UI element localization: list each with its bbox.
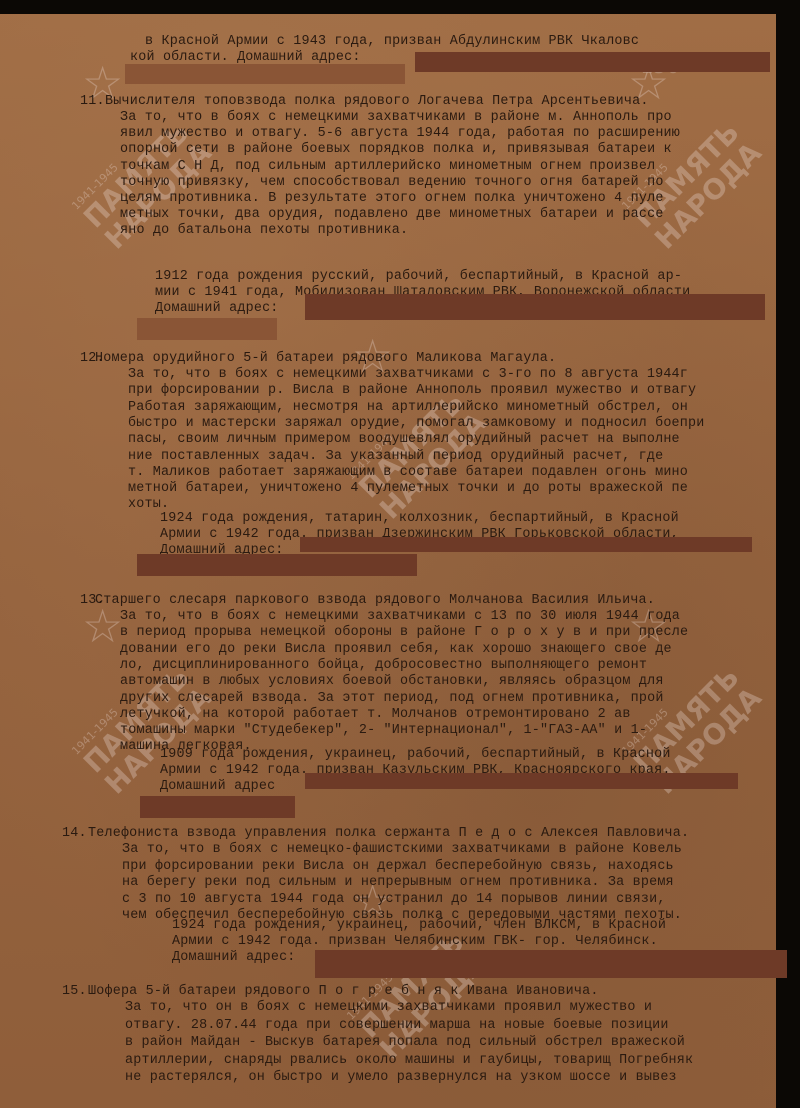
entry-body-line: пасы, своим личным примером воодушевлял … xyxy=(128,432,680,447)
entry-bio-line: 1909 года рождения, украинец, рабочий, б… xyxy=(160,747,671,762)
entry-body-line: отвагу. 28.07.44 года при совершении мар… xyxy=(125,1018,669,1033)
entry-body-line: За то, что в боях с немецкими захватчика… xyxy=(128,367,688,382)
entry-bio-line: 1912 года рождения русский, рабочий, бес… xyxy=(155,269,682,284)
entry-number: 15. xyxy=(62,984,87,999)
entry-body-line: целям противника. В результате этого огн… xyxy=(120,191,664,206)
entry-body-line: автомашин в любых условиях боевой обстан… xyxy=(120,674,664,689)
entry-body-line: довании его до реки Висла проявил себя, … xyxy=(120,642,672,657)
redaction-box xyxy=(137,318,277,340)
entry-number: 11. xyxy=(80,94,105,109)
entry-body-line: За то, что в боях с немецкими захватчика… xyxy=(120,110,672,125)
entry-body-line: артиллерии, снаряды рвались около машины… xyxy=(125,1053,693,1068)
entry-bio-line: Армии с 1942 года. призван Челябинским Г… xyxy=(172,934,658,949)
entry-body-line: яно до батальона пехоты противника. xyxy=(120,223,408,238)
redaction-box xyxy=(305,294,765,320)
entry-bio-line: 1924 года рождения, украинец, рабочий, ч… xyxy=(172,918,666,933)
entry-body-line: не растерялся, он быстро и умело разверн… xyxy=(125,1070,677,1085)
entry-body-line: метных точки, два орудия, подавлено две … xyxy=(120,207,664,222)
entry-heading: Шофера 5-й батареи рядового П о г р е б … xyxy=(88,984,599,999)
entry-bio-line: Домашний адрес: xyxy=(172,950,296,965)
entry-body-line: ло, дисциплинированного бойца, добросове… xyxy=(120,658,647,673)
intro-line: кой области. Домашний адрес: xyxy=(130,50,361,65)
entry-body-line: За то, что он в боях с немецкими захватч… xyxy=(125,1000,652,1015)
entry-body-line: т. Маликов работает заряжающим в составе… xyxy=(128,465,688,480)
entry-bio-line: 1924 года рождения, татарин, колхозник, … xyxy=(160,511,679,526)
entry-body-line: За то, что в боях с немецко-фашистскими … xyxy=(122,842,682,857)
entry-body-line: опорной сети в районе боевых порядков по… xyxy=(120,142,672,157)
intro-line: в Красной Армии с 1943 года, призван Абд… xyxy=(145,34,639,49)
redaction-box xyxy=(125,64,405,84)
redaction-box xyxy=(140,796,295,818)
archival-document-page: ☆ 1941-1945ПАМЯТЬНАРОДА ☆ 1941-1945ПАМЯТ… xyxy=(0,14,776,1108)
entry-body-line: ние поставленных задач. За указанный пер… xyxy=(128,449,663,464)
redaction-box xyxy=(415,52,770,72)
entry-body-line: точкам С Н Д, под сильным артиллерийско … xyxy=(120,159,655,174)
entry-body-line: метной батареи, уничтожено 4 пулеметных … xyxy=(128,481,688,496)
redaction-box xyxy=(305,773,738,789)
entry-body-line: на берегу реки под сильным и непрерывным… xyxy=(122,875,674,890)
entry-bio-line: Домашний адрес xyxy=(160,779,275,794)
entry-body-line: летучкой, на которой работает т. Молчано… xyxy=(120,707,631,722)
entry-body-line: точную привязку, чем способствовал веден… xyxy=(120,175,664,190)
entry-body-line: быстро и мастерски заряжал орудие, помог… xyxy=(128,416,705,431)
entry-body-line: других слесарей взвода. За этот период, … xyxy=(120,691,664,706)
entry-heading: Вычислителя топовзвода полка рядового Ло… xyxy=(105,94,649,109)
entry-body-line: явил мужество и отвагу. 5-6 августа 1944… xyxy=(120,126,680,141)
redaction-box xyxy=(137,554,417,576)
entry-bio-line: Домашний адрес: xyxy=(155,301,279,316)
entry-body-line: За то, что в боях с немецкими захватчика… xyxy=(120,609,680,624)
redaction-box xyxy=(300,537,752,552)
entry-heading: Телефониста взвода управления полка серж… xyxy=(88,826,689,841)
entry-body-line: томашины марки "Студебекер", 2- "Интерна… xyxy=(120,723,647,738)
entry-body-line: с 3 по 10 августа 1944 года он устранил … xyxy=(122,892,666,907)
entry-number: 14. xyxy=(62,826,87,841)
entry-body-line: при форсировании р. Висла в районе Анноп… xyxy=(128,383,696,398)
entry-heading: Номера орудийного 5-й батареи рядового М… xyxy=(95,351,556,366)
entry-body-line: в период прорыва немецкой обороны в райо… xyxy=(120,625,688,640)
redaction-box xyxy=(315,950,787,978)
entry-heading: Старшего слесаря паркового взвода рядово… xyxy=(95,593,655,608)
entry-body-line: при форсировании реки Висла он держал бе… xyxy=(122,859,674,874)
entry-body-line: Работая заряжающим, несмотря на артиллер… xyxy=(128,400,688,415)
entry-body-line: в район Майдан - Выскув батарея попала п… xyxy=(125,1035,685,1050)
